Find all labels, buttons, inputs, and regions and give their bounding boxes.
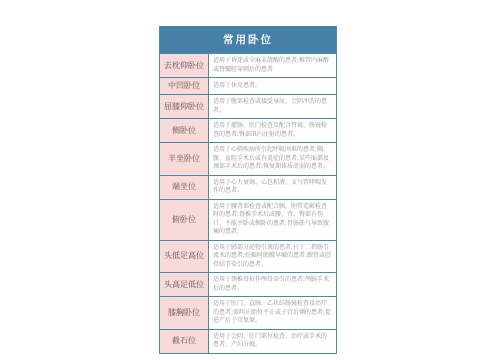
position-name-cell: 头低足高位 (160, 240, 209, 273)
table-row: 屈膝仰卧位适用于腹部检查或接受导尿、会阴冲洗的患者。 (160, 95, 337, 119)
table-row: 截石位适用于会阴、肛门部位检查、治疗或手术的患者、产妇分娩。 (160, 329, 337, 353)
table-row: 端坐位适用于心力衰竭、心包积液、支气管哮喘发作的患者。 (160, 175, 337, 199)
position-name-cell: 膝胸卧位 (160, 297, 209, 330)
position-desc-cell: 适用于颈椎骨折作颅骨牵引的患者;颅脑手术后的患者。 (209, 273, 337, 297)
position-desc-cell: 适用于休克患者。 (209, 78, 337, 95)
position-desc-cell: 适用于心肺疾病所引起呼吸困难的患者;胸、腹、盆腔手术后或有炎症的患者;某些面部及… (209, 143, 337, 176)
position-name-cell: 端坐位 (160, 175, 209, 199)
position-name-cell: 截石位 (160, 329, 209, 353)
common-positions-map: 常用卧位 去枕仰卧位适用于昏迷或全麻未清醒的患者;椎管内麻醉或脊髓腔穿刺后的患者… (159, 26, 337, 354)
table-row: 去枕仰卧位适用于昏迷或全麻未清醒的患者;椎管内麻醉或脊髓腔穿刺后的患者 (160, 54, 337, 78)
position-desc-cell: 适用于心力衰竭、心包积液、支气管哮喘发作的患者。 (209, 175, 337, 199)
position-desc-cell: 适用于肛门、直肠、乙状结肠镜检查及治疗的患者;需纠正胎位不正或子宫后倾的患者;促… (209, 297, 337, 330)
positions-table: 去枕仰卧位适用于昏迷或全麻未清醒的患者;椎管内麻醉或脊髓腔穿刺后的患者中凹卧位适… (159, 53, 337, 354)
map-root-title: 常用卧位 (159, 26, 337, 53)
positions-table-body: 去枕仰卧位适用于昏迷或全麻未清醒的患者;椎管内麻醉或脊髓腔穿刺后的患者中凹卧位适… (160, 54, 337, 354)
position-name-cell: 侧卧位 (160, 119, 209, 143)
position-desc-cell: 适用于腰背部检查或配合胰、胆管造影检查时的患者;脊椎手术后或腰、背、臀部有伤口、… (209, 199, 337, 240)
table-row: 俯卧位适用于腰背部检查或配合胰、胆管造影检查时的患者;脊椎手术后或腰、背、臀部有… (160, 199, 337, 240)
mindmap-canvas: 常用卧位 去枕仰卧位适用于昏迷或全麻未清醒的患者;椎管内麻醉或脊髓腔穿刺后的患者… (0, 0, 500, 360)
position-name-cell: 头高足低位 (160, 273, 209, 297)
table-row: 膝胸卧位适用于肛门、直肠、乙状结肠镜检查及治疗的患者;需纠正胎位不正或子宫后倾的… (160, 297, 337, 330)
position-name-cell: 中凹卧位 (160, 78, 209, 95)
position-name-cell: 半坐卧位 (160, 143, 209, 176)
position-desc-cell: 适用于腹部检查或接受导尿、会阴冲洗的患者。 (209, 95, 337, 119)
position-desc-cell: 适用于会阴、肛门部位检查、治疗或手术的患者、产妇分娩。 (209, 329, 337, 353)
position-desc-cell: 适用于灌肠、肛门检查及配合胃镜、肠镜检查的患者;臀部肌内注射的患者。 (209, 119, 337, 143)
table-row: 侧卧位适用于灌肠、肛门检查及配合胃镜、肠镜检查的患者;臀部肌内注射的患者。 (160, 119, 337, 143)
position-name-cell: 去枕仰卧位 (160, 54, 209, 78)
table-row: 中凹卧位适用于休克患者。 (160, 78, 337, 95)
position-name-cell: 俯卧位 (160, 199, 209, 240)
table-row: 头高足低位适用于颈椎骨折作颅骨牵引的患者;颅脑手术后的患者。 (160, 273, 337, 297)
table-row: 头低足高位适用于肺部分泌物引流的患者;行十二指肠引流术的患者;妊娠时胎膜早破的患… (160, 240, 337, 273)
position-desc-cell: 适用于昏迷或全麻未清醒的患者;椎管内麻醉或脊髓腔穿刺后的患者 (209, 54, 337, 78)
position-desc-cell: 适用于肺部分泌物引流的患者;行十二指肠引流术的患者;妊娠时胎膜早破的患者;跟骨或… (209, 240, 337, 273)
table-row: 半坐卧位适用于心肺疾病所引起呼吸困难的患者;胸、腹、盆腔手术后或有炎症的患者;某… (160, 143, 337, 176)
position-name-cell: 屈膝仰卧位 (160, 95, 209, 119)
